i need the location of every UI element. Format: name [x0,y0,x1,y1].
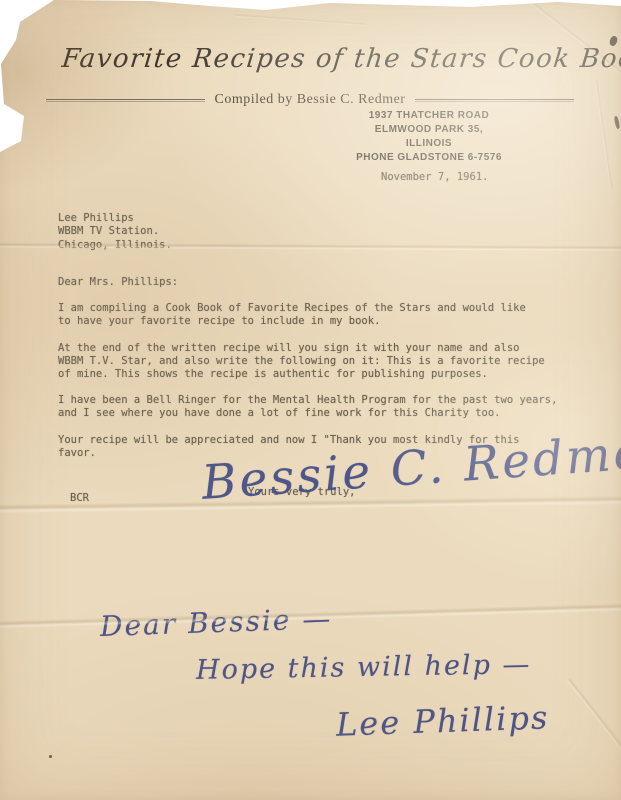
recipient-city: Chicago, Illinois. [58,239,172,252]
typist-initials: BCR [70,492,89,504]
address-line-city: ELMWOOD PARK 35, ILLINOIS [355,123,503,151]
note-message: Hope this will help — [196,649,532,686]
paper-speck [49,755,52,758]
recipient-name: Lee Phillips [58,212,172,225]
paragraph-line: At the end of the written recipe will yo… [58,342,578,355]
rule-right [415,99,574,102]
note-greeting: Dear Bessie — [99,602,332,643]
recipient-station: WBBM TV Station. [58,225,172,238]
paragraph-line: to have your favorite recipe to include … [58,315,578,328]
paragraph-2: At the end of the written recipe will yo… [58,342,578,382]
letterhead-rule-row: Compiled by Bessie C. Redmer [46,92,574,108]
address-line-road: 1937 THATCHER ROAD [355,109,503,123]
date-line: November 7, 1961. [381,171,488,183]
crease-right-vertical [594,80,613,189]
paragraph-3: I have been a Bell Ringer for the Mental… [58,394,578,420]
note-signature: Lee Phillips [335,698,549,743]
edge-speck [614,116,621,130]
rule-left [46,99,205,102]
letterhead-title: Favorite Recipes of the Stars Cook Book [60,44,483,74]
recipient-block: Lee Phillips WBBM TV Station. Chicago, I… [58,212,172,252]
compiled-by-label: Compiled by Bessie C. Redmer [205,92,416,108]
paragraph-line: and I see where you have done a lot of f… [58,407,578,420]
paragraph-line: I am compiling a Cook Book of Favorite R… [58,302,578,315]
scanned-letter-document: Favorite Recipes of the Stars Cook Book … [0,0,621,800]
crease-top-center [235,13,365,26]
crease-bottom-right-diagonal [566,678,621,800]
paragraph-line: of mine. This shows the recipe is authen… [58,368,578,381]
letterhead-address: 1937 THATCHER ROAD ELMWOOD PARK 35, ILLI… [355,109,503,165]
paragraph-1: I am compiling a Cook Book of Favorite R… [58,302,578,328]
paper-sheet: Favorite Recipes of the Stars Cook Book … [0,0,621,800]
salutation: Dear Mrs. Phillips: [58,276,578,289]
paragraph-line: I have been a Bell Ringer for the Mental… [58,394,578,407]
paragraph-line: WBBM T.V. Star, and also write the follo… [58,355,578,368]
address-line-phone: PHONE GLADSTONE 6-7576 [355,151,503,165]
